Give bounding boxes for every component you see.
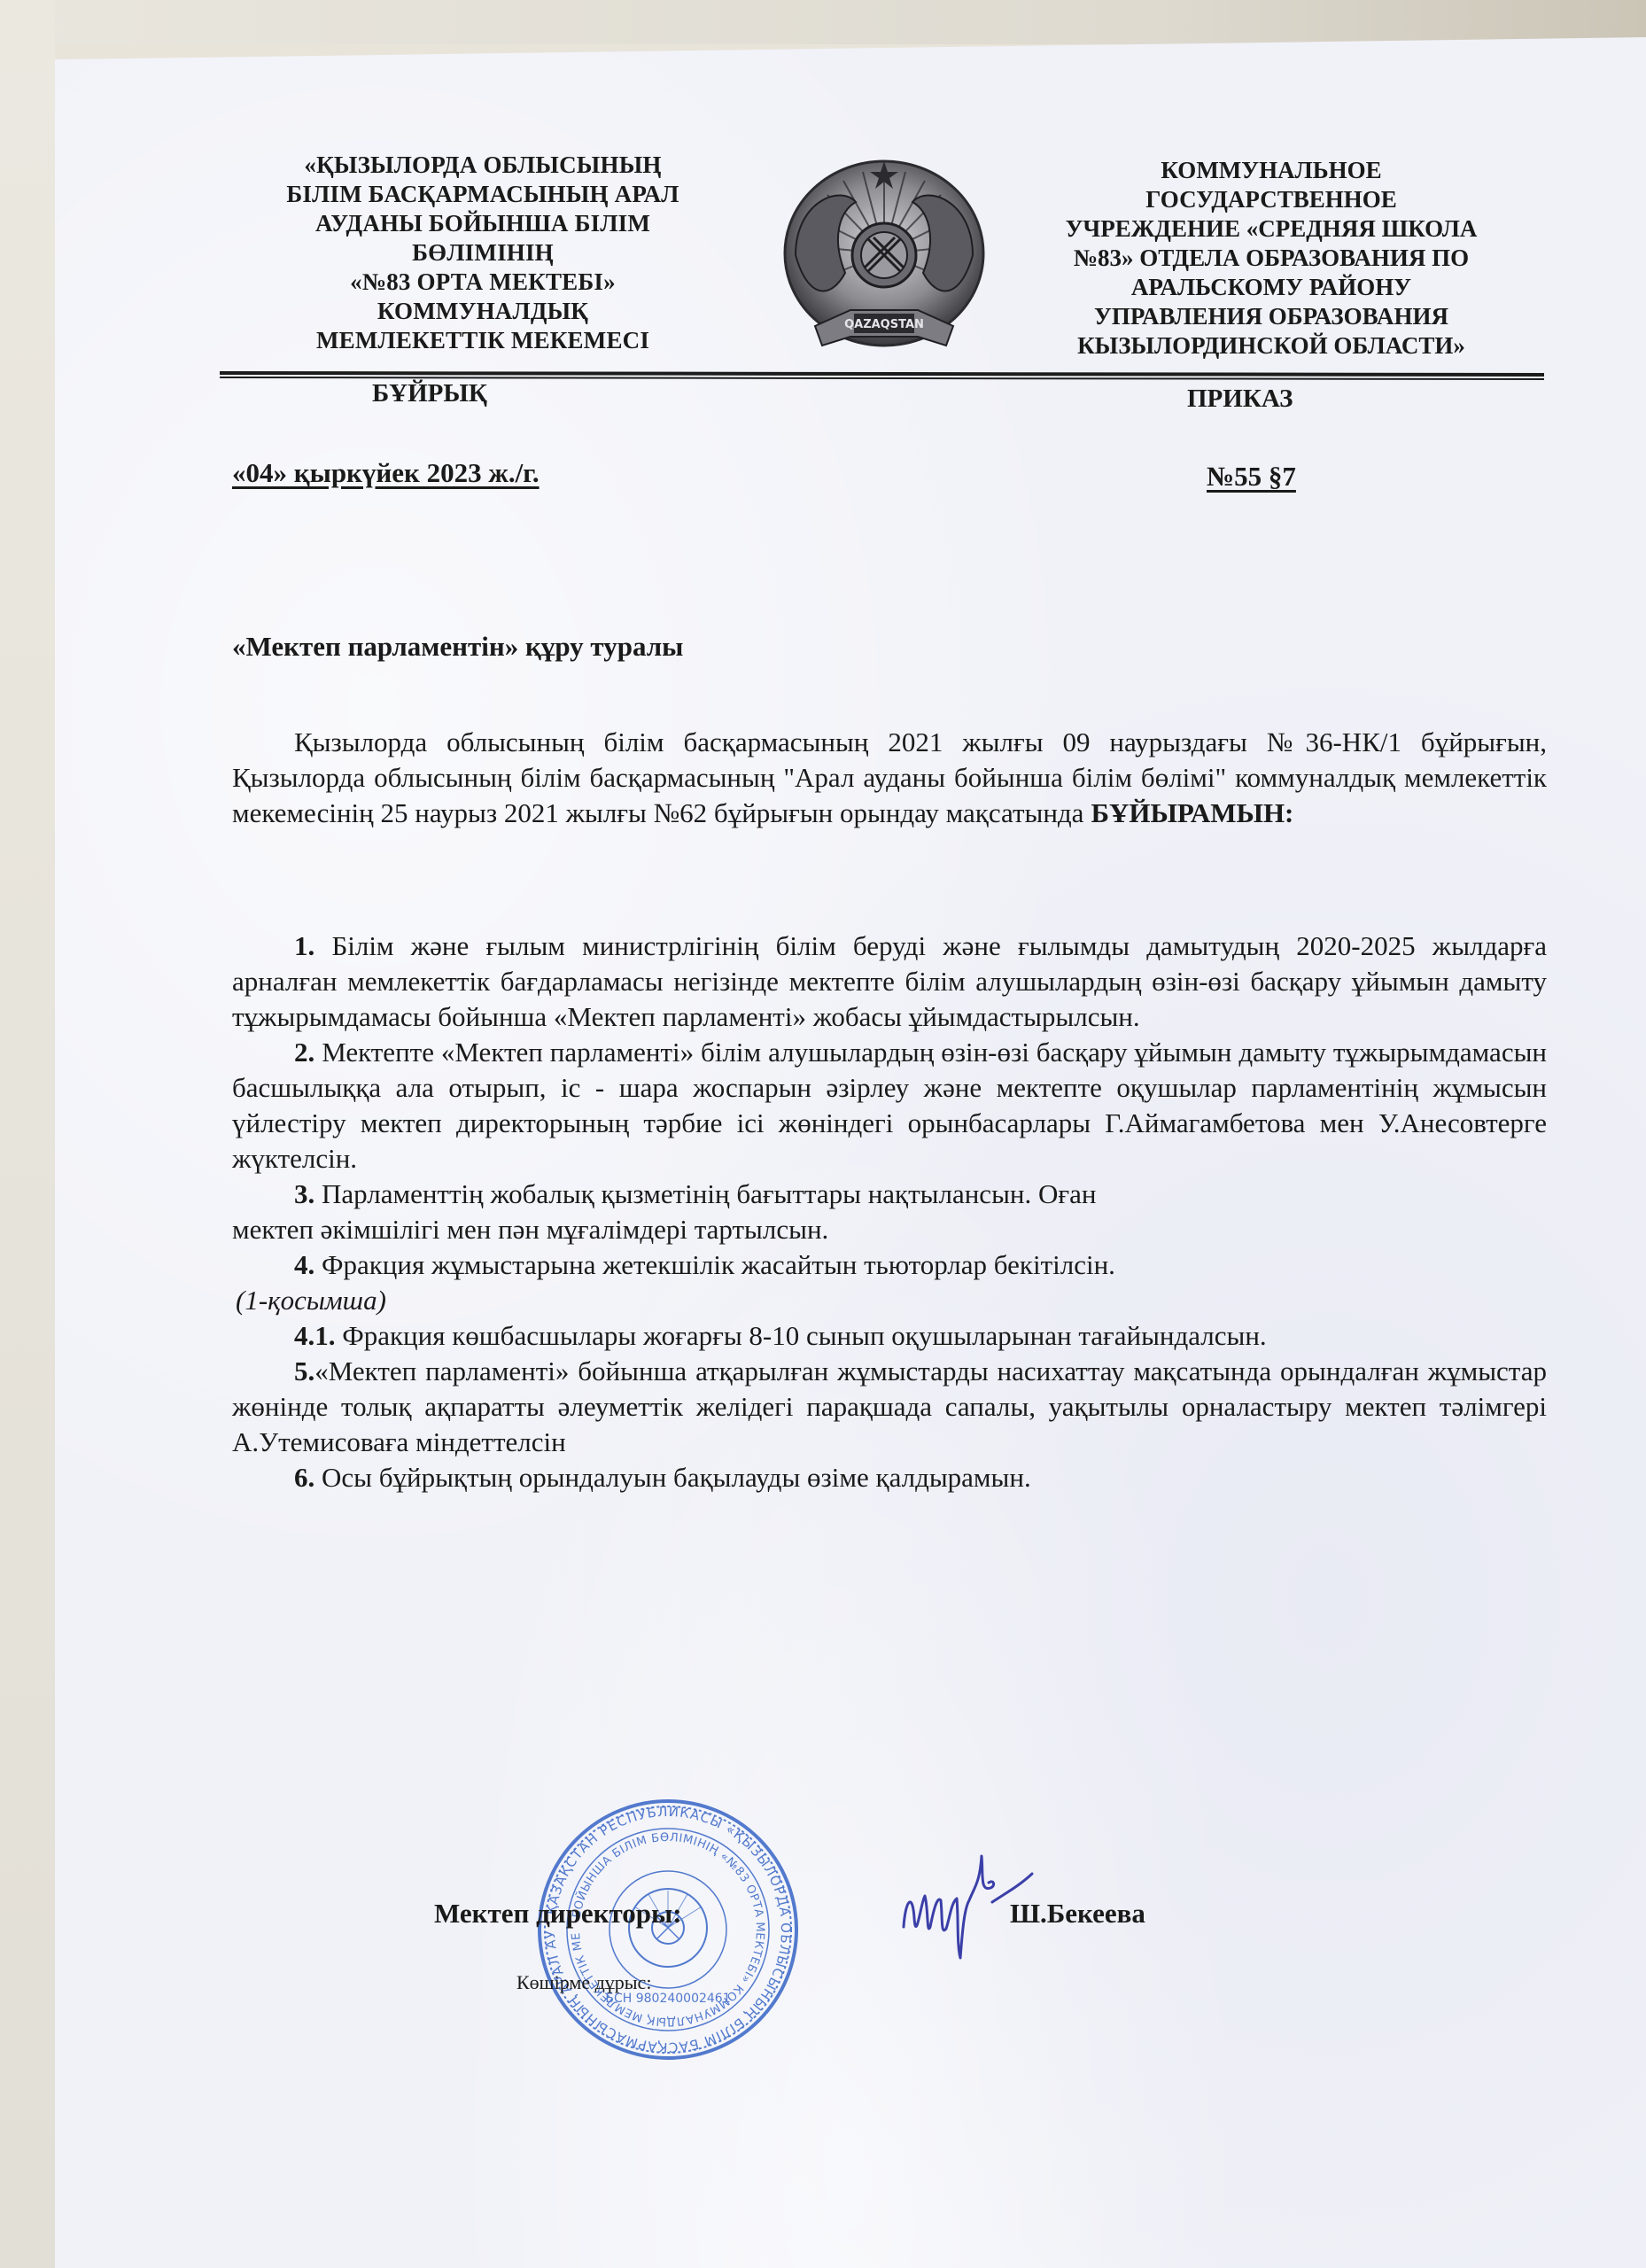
org-name-kz-line: «ҚЫЗЫЛОРДА ОБЛЫСЫНЫҢ <box>226 151 740 180</box>
org-name-ru-line: УПРАВЛЕНИЯ ОБРАЗОВАНИЯ <box>1019 302 1524 331</box>
org-name-kz-line: МЕМЛЕКЕТТІК МЕКЕМЕСІ <box>226 326 740 355</box>
order-item-4-note: (1-қосымша) <box>232 1283 1547 1318</box>
order-items-list: 1. Білім және ғылым министрлігінің білім… <box>232 928 1547 1495</box>
preamble-paragraph: Қызылорда облысының білім басқармасының … <box>232 725 1547 831</box>
item-number: 6. <box>294 1462 314 1493</box>
item-number: 3. <box>294 1178 314 1209</box>
kazakhstan-state-emblem-icon: QAZAQSTAN <box>769 149 999 370</box>
order-item-2: 2. Мектепте «Мектеп парламенті» білім ал… <box>232 1035 1547 1177</box>
order-date: «04» қыркүйек 2023 ж./г. <box>232 457 540 489</box>
org-name-kz-line: БӨЛІМІНІҢ <box>226 238 740 268</box>
item-number: 1. <box>294 930 314 961</box>
official-round-stamp-icon: ҚАЗАҚСТАН РЕСПУБЛИКАСЫ «ҚЫЗЫЛОРДА ОБЛЫСЫ… <box>535 1797 801 2062</box>
certified-copy-note: Көшірме дұрыс: <box>516 1971 651 1994</box>
org-name-ru-line: ГОСУДАРСТВЕННОЕ <box>1019 185 1524 214</box>
item-text: Мектепте «Мектеп парламенті» білім алушы… <box>232 1037 1547 1174</box>
preamble-emphasis: БҰЙЫРАМЫН: <box>1091 797 1293 828</box>
org-name-kz-line: АУДАНЫ БОЙЫНША БІЛІМ <box>226 209 740 238</box>
annex-reference: (1-қосымша) <box>236 1285 386 1316</box>
document-title: «Мектеп парламентін» құру туралы <box>232 631 683 663</box>
item-text: Фракция жұмыстарына жетекшілік жасайтын … <box>314 1249 1115 1280</box>
order-label-ru: ПРИКАЗ <box>1187 384 1293 414</box>
item-number: 2. <box>294 1037 314 1068</box>
item-text: Фракция көшбасшылары жоғарғы 8-10 сынып … <box>336 1320 1267 1351</box>
order-item-6: 6. Осы бұйрықтың орындалуын бақылауды өз… <box>232 1460 1547 1495</box>
org-name-kz-line: БІЛІМ БАСҚАРМАСЫНЫҢ АРАЛ <box>226 180 740 209</box>
org-name-ru: КОММУНАЛЬНОЕ ГОСУДАРСТВЕННОЕ УЧРЕЖДЕНИЕ … <box>1019 156 1524 361</box>
org-name-kz-line: «№83 ОРТА МЕКТЕБІ» <box>226 268 740 297</box>
org-name-kz: «ҚЫЗЫЛОРДА ОБЛЫСЫНЫҢ БІЛІМ БАСҚАРМАСЫНЫҢ… <box>226 151 740 355</box>
item-text-continuation: мектеп әкімшілігі мен пән мұғалімдері та… <box>232 1214 828 1245</box>
signatory-position: Мектеп директоры: <box>434 1898 682 1930</box>
item-text: Осы бұйрықтың орындалуын бақылауды өзіме… <box>314 1462 1030 1493</box>
item-number: 4.1. <box>294 1320 336 1351</box>
org-name-ru-line: УЧРЕЖДЕНИЕ «СРЕДНЯЯ ШКОЛА <box>1019 214 1524 244</box>
order-item-4-1: 4.1. Фракция көшбасшылары жоғарғы 8-10 с… <box>232 1318 1547 1354</box>
order-item-3-continuation: мектеп әкімшілігі мен пән мұғалімдері та… <box>232 1212 1547 1247</box>
order-item-3: 3. Парламенттің жобалық қызметінің бағыт… <box>232 1177 1547 1212</box>
preamble-text: Қызылорда облысының білім басқармасының … <box>232 726 1547 828</box>
item-number: 4. <box>294 1249 314 1280</box>
org-name-ru-line: КОММУНАЛЬНОЕ <box>1019 156 1524 185</box>
svg-text:QAZAQSTAN: QAZAQSTAN <box>844 318 924 331</box>
order-number: №55 §7 <box>1207 461 1296 493</box>
order-label-kz: БҰЙРЫҚ <box>372 379 487 408</box>
item-text: Парламенттің жобалық қызметінің бағыттар… <box>314 1178 1096 1209</box>
scanner-bed-top <box>0 0 1646 44</box>
scanner-bed-left <box>0 0 55 2268</box>
org-name-ru-line: №83» ОТДЕЛА ОБРАЗОВАНИЯ ПО <box>1019 244 1524 273</box>
order-item-5: 5.«Мектеп парламенті» бойынша атқарылған… <box>232 1354 1547 1460</box>
org-name-kz-line: КОММУНАЛДЫҚ <box>226 297 740 326</box>
item-number: 5. <box>294 1355 314 1386</box>
order-item-1: 1. Білім және ғылым министрлігінің білім… <box>232 928 1547 1035</box>
item-text: Білім және ғылым министрлігінің білім бе… <box>232 930 1547 1032</box>
signatory-name: Ш.Бекеева <box>1010 1898 1145 1930</box>
order-item-4: 4. Фракция жұмыстарына жетекшілік жасайт… <box>232 1247 1547 1283</box>
item-text: «Мектеп парламенті» бойынша атқарылған ж… <box>232 1355 1547 1457</box>
org-name-ru-line: КЫЗЫЛОРДИНСКОЙ ОБЛАСТИ» <box>1019 331 1524 361</box>
org-name-ru-line: АРАЛЬСКОМУ РАЙОНУ <box>1019 273 1524 302</box>
